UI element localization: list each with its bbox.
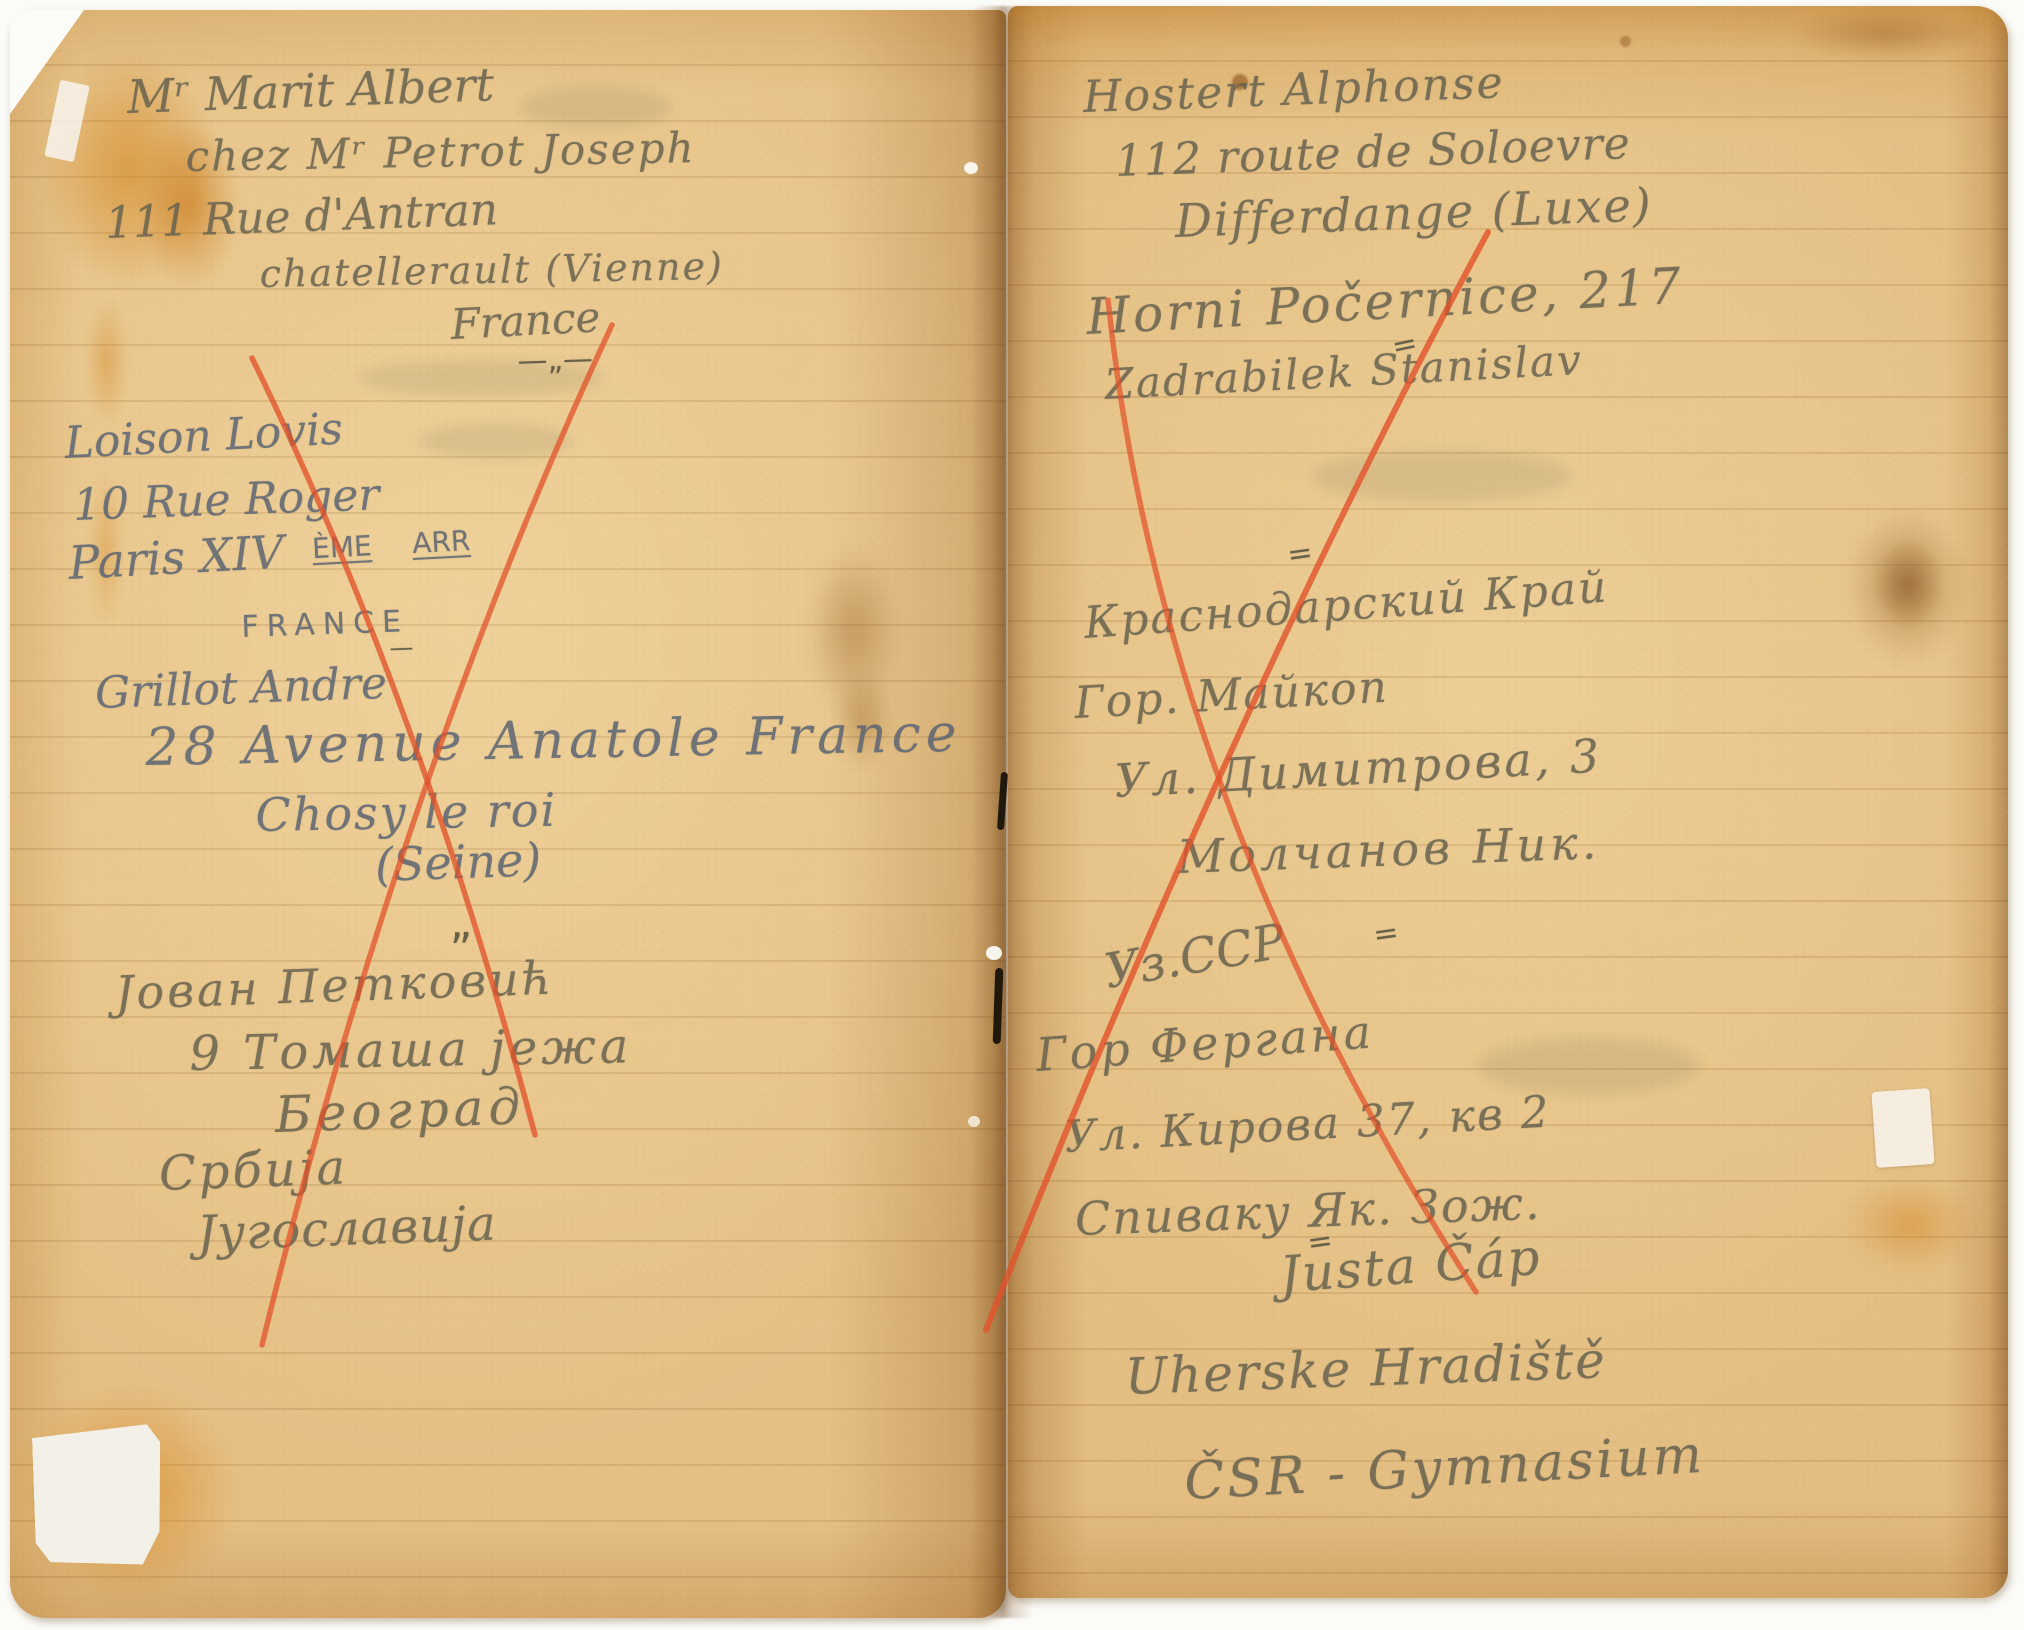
entry-loison-country: FRANCE <box>241 604 410 645</box>
divider-mark-1: —„— <box>517 341 594 379</box>
entry-marit-city: chatellerault (Vienne) <box>259 244 724 296</box>
ditto-mark: „ <box>448 897 473 949</box>
entry-jovan-country: Југославија <box>196 1196 497 1262</box>
entry-marit-country: France <box>449 292 601 349</box>
stitch-hole-top <box>964 162 978 174</box>
entry-jovan-region: Србија <box>158 1139 349 1202</box>
entry-grillot-name: Grillot Andre <box>94 658 388 719</box>
paris-city-text: Paris XIV <box>67 525 285 590</box>
stitch-hole-middle <box>986 946 1002 960</box>
paris-arr-abbrev: ARR <box>411 524 471 560</box>
separator-equals-3: = <box>1371 915 1401 953</box>
entry-marit-co-line: chez Mʳ Petrot Joseph <box>185 123 696 181</box>
divider-mark-2: — <box>389 633 414 662</box>
torn-corner-top-left <box>10 10 84 114</box>
entry-grillot-dept: (Seine) <box>374 832 542 892</box>
separator-equals-2: = <box>1285 535 1315 573</box>
entry-jovan-city: Београд <box>274 1077 526 1144</box>
paris-eme-superscript: ÈME <box>311 529 372 565</box>
stitch-hole-bottom <box>968 1116 980 1127</box>
entry-jovan-street: 9 Томаша јежа <box>189 1018 633 1082</box>
